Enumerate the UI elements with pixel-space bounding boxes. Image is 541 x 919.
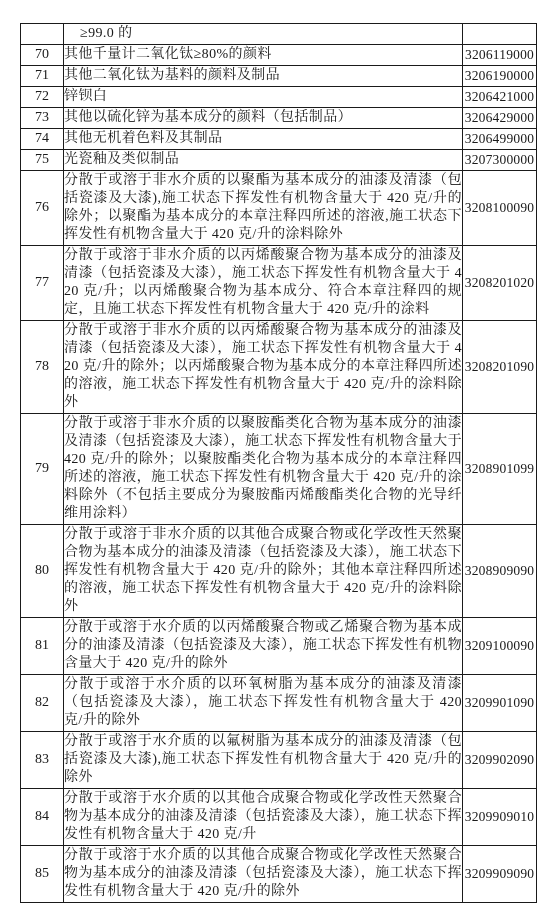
code-cell: 3209902090 [463,732,537,789]
seq-cell: 82 [21,675,64,732]
table-row: 75光瓷釉及类似制品3207300000 [21,150,537,171]
hs-code-table: ≥99.0 的70其他千量计二氧化钛≥80%的颜料320611900071其他二… [20,23,537,903]
seq-cell: 76 [21,171,64,246]
table-row: 79分散于或溶于非水介质的以聚胺酯类化合物为基本成分的油漆及清漆（包括瓷漆及大漆… [21,414,537,525]
seq-cell: 74 [21,129,64,150]
code-cell: 3208201020 [463,246,537,321]
table-row: 73其他以硫化锌为基本成分的颜料（包括制品）3206429000 [21,108,537,129]
description-cell: 其他千量计二氧化钛≥80%的颜料 [64,45,463,66]
code-cell: 3206190000 [463,66,537,87]
table-row: 82分散于或溶于水介质的以环氧树脂为基本成分的油漆及清漆（包括瓷漆及大漆），施工… [21,675,537,732]
description-cell: 光瓷釉及类似制品 [64,150,463,171]
seq-cell: 73 [21,108,64,129]
table-row: 81分散于或溶于水介质的以丙烯酸聚合物或乙烯聚合物为基本成分的油漆及清漆（包括瓷… [21,618,537,675]
table-row: 70其他千量计二氧化钛≥80%的颜料3206119000 [21,45,537,66]
seq-cell: 75 [21,150,64,171]
table-row: 84分散于或溶于水介质的以其他合成聚合物或化学改性天然聚合物为基本成分的油漆及清… [21,789,537,846]
table-row: ≥99.0 的 [21,24,537,45]
code-cell: 3208901099 [463,414,537,525]
seq-cell: 77 [21,246,64,321]
description-cell: 分散于或溶于非水介质的以聚胺酯类化合物为基本成分的油漆及清漆（包括瓷漆及大漆），… [64,414,463,525]
description-cell: 分散于或溶于水介质的以丙烯酸聚合物或乙烯聚合物为基本成分的油漆及清漆（包括瓷漆及… [64,618,463,675]
code-cell: 3206119000 [463,45,537,66]
description-cell: 分散于或溶于非水介质的以丙烯酸聚合物为基本成分的油漆及清漆（包括瓷漆及大漆），施… [64,246,463,321]
seq-cell [21,24,64,45]
description-cell: 其他以硫化锌为基本成分的颜料（包括制品） [64,108,463,129]
table-body: ≥99.0 的70其他千量计二氧化钛≥80%的颜料320611900071其他二… [21,24,537,903]
seq-cell: 78 [21,321,64,414]
table-row: 85分散于或溶于水介质的以其他合成聚合物或化学改性天然聚合物为基本成分的油漆及清… [21,846,537,903]
table-row: 74其他无机着色料及其制品3206499000 [21,129,537,150]
description-cell: 分散于或溶于非水介质的以聚酯为基本成分的油漆及清漆（包括瓷漆及大漆),施工状态下… [64,171,463,246]
table-row: 80分散于或溶于非水介质的以其他合成聚合物或化学改性天然聚合物为基本成分的油漆及… [21,525,537,618]
code-cell [463,24,537,45]
description-cell: ≥99.0 的 [64,24,463,45]
seq-cell: 79 [21,414,64,525]
seq-cell: 85 [21,846,64,903]
description-cell: 分散于或溶于水介质的以其他合成聚合物或化学改性天然聚合物为基本成分的油漆及清漆（… [64,846,463,903]
seq-cell: 83 [21,732,64,789]
code-cell: 3207300000 [463,150,537,171]
code-cell: 3206499000 [463,129,537,150]
description-cell: 分散于或溶于非水介质的以其他合成聚合物或化学改性天然聚合物为基本成分的油漆及清漆… [64,525,463,618]
description-cell: 分散于或溶于水介质的以氟树脂为基本成分的油漆及清漆（包括瓷漆及大漆),施工状态下… [64,732,463,789]
document-page: ≥99.0 的70其他千量计二氧化钛≥80%的颜料320611900071其他二… [0,0,541,919]
description-cell: 其他无机着色料及其制品 [64,129,463,150]
description-cell: 分散于或溶于水介质的以环氧树脂为基本成分的油漆及清漆（包括瓷漆及大漆），施工状态… [64,675,463,732]
code-cell: 3209909090 [463,846,537,903]
table-row: 71其他二氧化钛为基料的颜料及制品3206190000 [21,66,537,87]
code-cell: 3206421000 [463,87,537,108]
table-row: 76分散于或溶于非水介质的以聚酯为基本成分的油漆及清漆（包括瓷漆及大漆),施工状… [21,171,537,246]
code-cell: 3209901090 [463,675,537,732]
table-row: 77分散于或溶于非水介质的以丙烯酸聚合物为基本成分的油漆及清漆（包括瓷漆及大漆）… [21,246,537,321]
code-cell: 3209909010 [463,789,537,846]
seq-cell: 71 [21,66,64,87]
seq-cell: 70 [21,45,64,66]
seq-cell: 80 [21,525,64,618]
table-row: 83分散于或溶于水介质的以氟树脂为基本成分的油漆及清漆（包括瓷漆及大漆),施工状… [21,732,537,789]
code-cell: 3209100090 [463,618,537,675]
code-cell: 3208201090 [463,321,537,414]
description-cell: 分散于或溶于非水介质的以丙烯酸聚合物为基本成分的油漆及清漆（包括瓷漆及大漆），施… [64,321,463,414]
seq-cell: 81 [21,618,64,675]
code-cell: 3208909090 [463,525,537,618]
table-row: 78分散于或溶于非水介质的以丙烯酸聚合物为基本成分的油漆及清漆（包括瓷漆及大漆）… [21,321,537,414]
description-cell: 其他二氧化钛为基料的颜料及制品 [64,66,463,87]
seq-cell: 72 [21,87,64,108]
code-cell: 3206429000 [463,108,537,129]
seq-cell: 84 [21,789,64,846]
table-row: 72锌钡白3206421000 [21,87,537,108]
code-cell: 3208100090 [463,171,537,246]
description-cell: 分散于或溶于水介质的以其他合成聚合物或化学改性天然聚合物为基本成分的油漆及清漆（… [64,789,463,846]
description-cell: 锌钡白 [64,87,463,108]
